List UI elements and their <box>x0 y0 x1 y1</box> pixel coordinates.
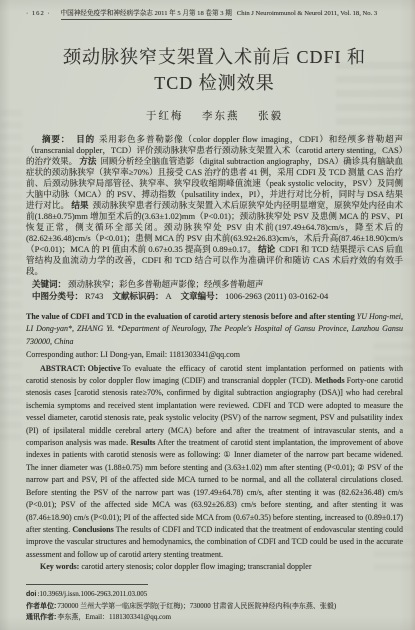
journal-title-en: Chin J Neuroimmunol & Neurol 2011, Vol. … <box>237 9 377 18</box>
methods-en-label: Methods <box>315 376 345 385</box>
doi-line: doi:10.3969/j.issn.1006-2963.2011.03.005 <box>26 589 403 601</box>
results-en-label: Results <box>131 438 156 447</box>
doc-code-label: 文献标识码： <box>112 291 163 301</box>
journal-page-scan: · 162 · 中国神经免疫学和神经病学杂志 2011 年 5 月第 18 卷第… <box>0 0 415 630</box>
footnote-rule <box>26 584 148 585</box>
conclusions-en-label: Conclusions <box>72 525 113 534</box>
bleedthrough-ghost <box>0 110 22 440</box>
abstract-en: ABSTRACT:ObjectiveTo evaluate the effica… <box>26 363 403 562</box>
clc-number: R743 <box>85 291 103 301</box>
abstract-en-label: ABSTRACT: <box>40 364 86 373</box>
author-name: 于红梅 <box>146 111 184 122</box>
doc-code: A <box>165 291 171 301</box>
article-id-label: 文章编号： <box>181 291 224 301</box>
corresponding-label: 通讯作者: <box>26 614 56 621</box>
author-name: 张毅 <box>258 111 283 122</box>
clc-label: 中图分类号： <box>32 291 83 301</box>
keywords-cn-label: 关键词： <box>32 279 66 289</box>
page-number: · 162 · <box>26 9 51 18</box>
author-affiliation-line: 作者单位:730000 兰州大学第一临床医学院(于红梅)；730000 甘肃省人… <box>26 601 403 613</box>
keywords-cn-line: 关键词：颈动脉狭窄；彩色多普勒超声影像；经颅多普勒超声 <box>32 279 403 291</box>
objective-cn-label: 目的 <box>76 134 95 144</box>
results-cn-label: 结果 <box>71 200 88 210</box>
english-title-block: The value of CDFI and TCD in the evaluat… <box>26 311 403 348</box>
keywords-en-text: carotid artery stenosis; color doppler f… <box>81 562 311 571</box>
english-title: The value of CDFI and TCD in the evaluat… <box>26 312 355 321</box>
conclusion-cn-label: 结论 <box>258 244 275 254</box>
article-id: 1006-2963 (2011) 03-0162-04 <box>225 291 328 301</box>
affiliation-label: 作者单位: <box>26 603 56 610</box>
footnote-block: doi:10.3969/j.issn.1006-2963.2011.03.005… <box>26 584 403 624</box>
keywords-cn-text: 颈动脉狭窄；彩色多普勒超声影像；经颅多普勒超声 <box>68 279 264 289</box>
journal-title-cn: 中国神经免疫学和神经病学杂志 2011 年 5 月第 18 卷第 3 期 <box>61 9 232 20</box>
author-name: 李东燕 <box>202 111 240 122</box>
classification-line: 中图分类号：R743文献标识码：A文章编号：1006-2963 (2011) 0… <box>32 291 403 303</box>
corresponding-text: 李东燕，Email：1181303341@qq.com <box>57 613 171 621</box>
affiliation-text: 730000 兰州大学第一临床医学院(于红梅)；730000 甘肃省人民医院神经… <box>57 602 336 610</box>
keywords-en-line: Key words: carotid artery stenosis; colo… <box>26 561 403 573</box>
running-header: · 162 · 中国神经免疫学和神经病学杂志 2011 年 5 月第 18 卷第… <box>26 9 403 20</box>
article-title: 颈动脉狭窄支架置入术前后 CDFI 和 TCD 检测效果 <box>26 44 403 96</box>
article-title-line1: 颈动脉狭窄支架置入术前后 CDFI 和 <box>26 44 403 70</box>
abstract-cn-label: 摘要： <box>42 134 70 144</box>
abstract-cn: 摘要：目的采用彩色多普勒影像（color doppler flow imagin… <box>26 134 403 277</box>
author-list: 于红梅 李东燕 张毅 <box>26 108 403 123</box>
objective-en-label: Objective <box>88 364 121 373</box>
corresponding-author-line: Corresponding author: LI Dong-yan, Email… <box>26 349 403 361</box>
article-title-line2: TCD 检测效果 <box>26 70 403 96</box>
results-en-text: After the treatment of carotid stent imp… <box>26 438 403 534</box>
methods-en-text: Forty-one carotid stenosis cases [caroti… <box>26 376 403 447</box>
keywords-en-label: Key words: <box>40 562 79 571</box>
doi-value: :10.3969/j.issn.1006-2963.2011.03.005 <box>38 590 148 598</box>
doi-label: doi <box>26 591 37 598</box>
methods-cn-label: 方法 <box>79 156 96 166</box>
corresponding-line: 通讯作者:李东燕，Email：1181303341@qq.com <box>26 612 403 624</box>
